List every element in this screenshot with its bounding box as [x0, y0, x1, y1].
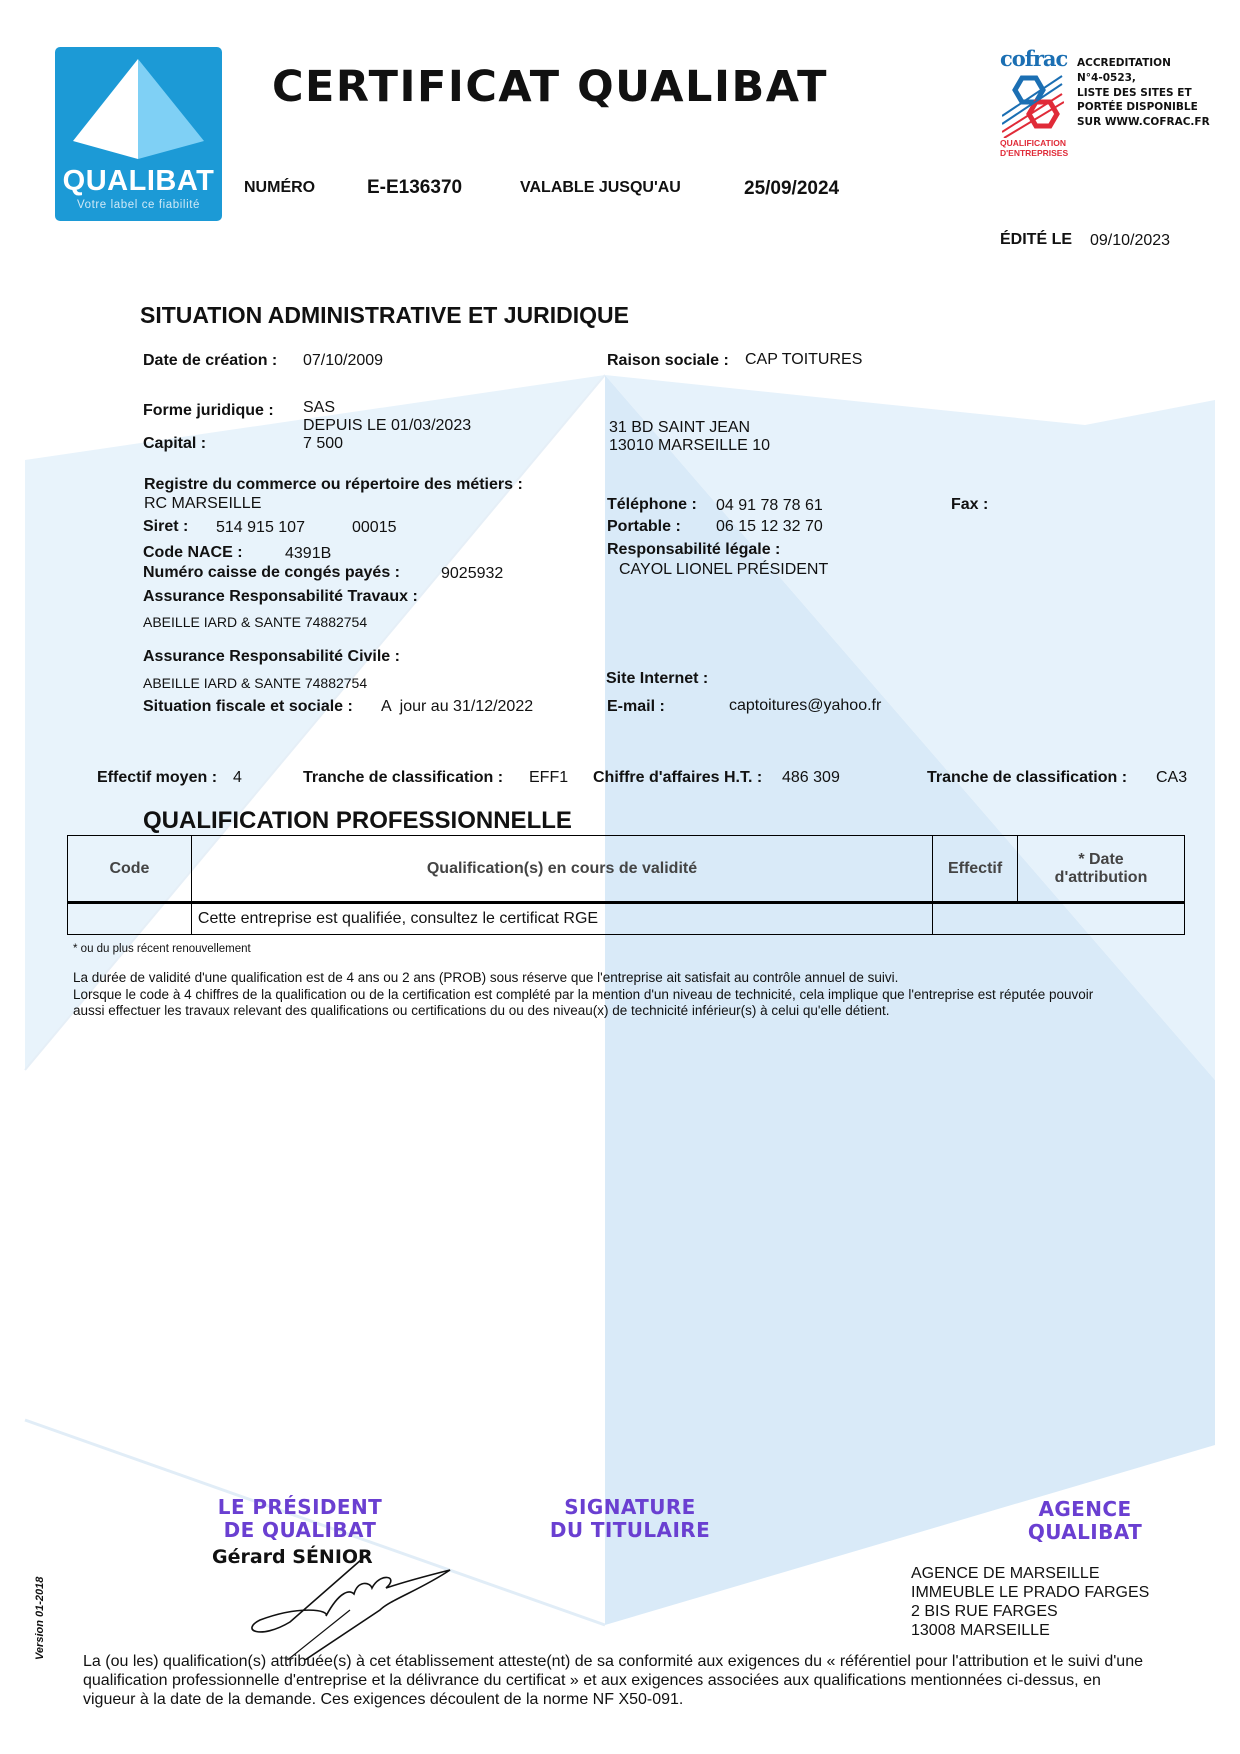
- numero-value: E-E136370: [367, 177, 462, 199]
- holder-title-line2: DU TITULAIRE: [540, 1519, 720, 1542]
- qualification-table: Code Qualification(s) en cours de validi…: [67, 835, 1185, 935]
- pyramid-icon: [73, 55, 204, 163]
- responsabilite-label: Responsabilité légale :: [607, 541, 780, 559]
- col-qualification: Qualification(s) en cours de validité: [191, 836, 932, 903]
- agency-title-line2: QUALIBAT: [1010, 1521, 1160, 1544]
- qualification-section-title: QUALIFICATION PROFESSIONNELLE: [143, 807, 572, 835]
- ca-label: Chiffre d'affaires H.T. :: [593, 769, 762, 787]
- legal-text: La (ou les) qualification(s) attribuée(s…: [83, 1652, 1143, 1709]
- siret-nic: 00015: [352, 519, 397, 537]
- situation-fiscale-label: Situation fiscale et sociale :: [143, 698, 353, 716]
- president-title-line1: LE PRÉSIDENT: [200, 1496, 400, 1519]
- date-creation-value: 07/10/2009: [303, 352, 383, 370]
- assurance-civile-label: Assurance Responsabilité Civile :: [143, 648, 400, 666]
- agency-address: AGENCE DE MARSEILLE IMMEUBLE LE PRADO FA…: [911, 1564, 1149, 1640]
- cofrac-logo: cofrac QUALIFICATION D'ENTREPRISES: [1000, 48, 1066, 166]
- forme-juridique-label: Forme juridique :: [143, 402, 274, 420]
- site-internet-label: Site Internet :: [606, 670, 708, 688]
- address-line1: 31 BD SAINT JEAN: [609, 419, 750, 437]
- conges-value: 9025932: [441, 565, 503, 583]
- ca-value: 486 309: [782, 769, 840, 787]
- effectif-label: Effectif moyen :: [97, 769, 217, 787]
- portable-label: Portable :: [607, 518, 681, 536]
- telephone-label: Téléphone :: [607, 496, 697, 514]
- holder-title-line1: SIGNATURE: [540, 1496, 720, 1519]
- accred-line: SUR WWW.COFRAC.FR: [1077, 115, 1210, 130]
- admin-section-title: SITUATION ADMINISTRATIVE ET JURIDIQUE: [140, 302, 629, 329]
- table-row: Cette entreprise est qualifiée, consulte…: [68, 903, 1185, 935]
- valid-value: 25/09/2024: [744, 178, 839, 200]
- cofrac-sub-line2: D'ENTREPRISES: [1000, 148, 1066, 158]
- forme-juridique-since: DEPUIS LE 01/03/2023: [303, 417, 471, 435]
- edited-label: ÉDITÉ LE: [1000, 231, 1072, 249]
- email-value: captoitures@yahoo.fr: [729, 697, 881, 715]
- footnote: * ou du plus récent renouvellement: [73, 943, 251, 955]
- assurance-travaux-label: Assurance Responsabilité Travaux :: [143, 588, 418, 606]
- responsabilite-value: CAYOL LIONEL PRÉSIDENT: [619, 561, 828, 579]
- accred-line: LISTE DES SITES ET: [1077, 86, 1210, 101]
- col-effectif: Effectif: [933, 836, 1018, 903]
- agency-title: AGENCE QUALIBAT: [1010, 1498, 1160, 1544]
- accreditation-text: ACCREDITATION N°4-0523, LISTE DES SITES …: [1077, 56, 1210, 130]
- capital-value: 7 500: [303, 435, 343, 453]
- assurance-travaux-value: ABEILLE IARD & SANTE 74882754: [143, 614, 367, 630]
- logo-name: QUALIBAT: [55, 165, 222, 198]
- page-title: CERTIFICAT QUALIBAT: [272, 62, 828, 112]
- hexagons-icon: [1002, 72, 1064, 138]
- cell-date: [1018, 903, 1185, 935]
- signature-scribble: [230, 1540, 470, 1660]
- date-creation-label: Date de création :: [143, 352, 277, 370]
- president-title: LE PRÉSIDENT DE QUALIBAT: [200, 1496, 400, 1542]
- email-label: E-mail :: [607, 698, 665, 716]
- tranche-ca-value: CA3: [1156, 769, 1187, 787]
- agency-title-line1: AGENCE: [1010, 1498, 1160, 1521]
- siret-label: Siret :: [143, 518, 188, 536]
- effectif-value: 4: [233, 769, 242, 787]
- code-nace-value: 4391B: [285, 545, 331, 563]
- valid-label: VALABLE JUSQU'AU: [520, 179, 681, 197]
- situation-fiscale-value: A jour au 31/12/2022: [381, 698, 533, 716]
- raison-sociale-label: Raison sociale :: [607, 352, 729, 370]
- code-nace-label: Code NACE :: [143, 544, 243, 562]
- registre-label: Registre du commerce ou répertoire des m…: [144, 476, 523, 494]
- siret-siren: 514 915 107: [216, 519, 305, 537]
- address-line2: 13010 MARSEILLE 10: [609, 437, 770, 455]
- fax-label: Fax :: [951, 496, 988, 514]
- edited-value: 09/10/2023: [1090, 232, 1170, 250]
- numero-label: NUMÉRO: [244, 179, 315, 197]
- cofrac-word: cofrac: [1000, 46, 1067, 71]
- forme-juridique-value: SAS: [303, 399, 335, 417]
- col-code: Code: [68, 836, 192, 903]
- cofrac-subtitle: QUALIFICATION D'ENTREPRISES: [1000, 138, 1066, 158]
- cofrac-sub-line1: QUALIFICATION: [1000, 138, 1066, 148]
- validity-notes: La durée de validité d'une qualification…: [73, 970, 1093, 1020]
- conges-label: Numéro caisse de congés payés :: [143, 564, 400, 582]
- portable-value: 06 15 12 32 70: [716, 518, 823, 536]
- qualibat-logo: QUALIBAT Votre label ce fiabilité: [55, 47, 222, 221]
- logo-tagline: Votre label ce fiabilité: [55, 199, 222, 211]
- note-line: Lorsque le code à 4 chiffres de la quali…: [73, 987, 1093, 1004]
- col-date: * Date d'attribution: [1018, 836, 1185, 903]
- tranche-eff-value: EFF1: [529, 769, 568, 787]
- telephone-value: 04 91 78 78 61: [716, 497, 823, 515]
- version-label: Version 01-2018: [34, 1577, 46, 1660]
- accred-line: PORTÉE DISPONIBLE: [1077, 100, 1210, 115]
- note-line: La durée de validité d'une qualification…: [73, 970, 1093, 987]
- holder-title: SIGNATURE DU TITULAIRE: [540, 1496, 720, 1542]
- assurance-civile-value: ABEILLE IARD & SANTE 74882754: [143, 675, 367, 691]
- registre-value: RC MARSEILLE: [144, 495, 261, 513]
- accred-line: N°4-0523,: [1077, 71, 1210, 86]
- tranche-eff-label: Tranche de classification :: [303, 769, 503, 787]
- cell-effectif: [933, 903, 1018, 935]
- capital-label: Capital :: [143, 435, 206, 453]
- raison-sociale-value: CAP TOITURES: [745, 351, 862, 369]
- cell-qualification: Cette entreprise est qualifiée, consulte…: [191, 903, 932, 935]
- note-line: aussi effectuer les travaux relevant des…: [73, 1003, 1093, 1020]
- cell-code: [68, 903, 192, 935]
- president-title-line2: DE QUALIBAT: [200, 1519, 400, 1542]
- tranche-ca-label: Tranche de classification :: [927, 769, 1127, 787]
- col-date-label: * Date d'attribution: [1046, 851, 1156, 887]
- accred-line: ACCREDITATION: [1077, 56, 1210, 71]
- table-header-row: Code Qualification(s) en cours de validi…: [68, 836, 1185, 903]
